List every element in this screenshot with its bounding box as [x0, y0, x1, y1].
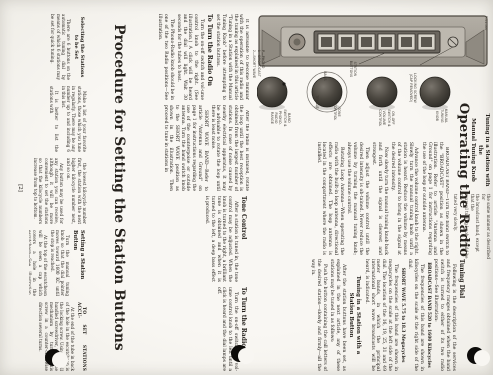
- band-spec-shortwave: SHORT WAVE 5.75 to 18.3 Megacycles: [399, 259, 405, 371]
- paragraph: the lowest kilocycle number first, the s…: [66, 158, 87, 224]
- paragraph: After the radio is installed, rotate the…: [209, 105, 249, 191]
- panel-drawing: F-41-500: [257, 8, 489, 120]
- procedure-section-heading: Procedure for Setting the Station Button…: [111, 16, 127, 359]
- heading-setting-station-button: Setting a Station Button: [72, 230, 85, 296]
- label-band-legend: P—PHONO 1—BROADCAST 2—SHORT WAVE: [252, 50, 265, 94]
- label-bass: BASS: [323, 66, 327, 86]
- middle-column-1: It is advisable to become familiar with …: [131, 14, 249, 100]
- page-title: Operating the Radio: [456, 98, 471, 262]
- bottom-column-1: Selecting the Stations to be Set There a…: [29, 14, 87, 80]
- radio-control-panel-diagram: F-41-500: [257, 8, 489, 120]
- section-subhead-manual-tuning: Tuning in a Station with the Manual Tuni…: [469, 108, 490, 192]
- band-knob-pointer: [282, 82, 285, 85]
- paragraph: After a station is tuned in, the tone co…: [204, 196, 238, 282]
- manual-page: F-41-500 MANUAL TUNING KNOB LOCKING SCRE…: [0, 0, 493, 375]
- label-onoff-volume: ON-OFF SWITCH & VOLUME CONTROL: [378, 103, 395, 133]
- binder-hole-mark: [467, 347, 484, 364]
- paragraph: It is better to list the stations with: [49, 86, 60, 152]
- binder-hole-mark: [231, 345, 248, 362]
- operating-column-a: BROADCAST BAND—Turn the band switch to t…: [253, 142, 449, 255]
- paragraph: At the top of the escutcheon will be see…: [29, 230, 48, 296]
- middle-column-2: After the radio is installed, rotate the…: [131, 105, 249, 191]
- paragraph: Following is the description of the serv…: [433, 259, 456, 371]
- page-number: [2]: [17, 168, 23, 208]
- paragraph: After the station buttons have been set,…: [328, 259, 345, 371]
- label-band-switch: BAND SWITCH & PHONO- RADIO RANGE: [269, 103, 291, 133]
- band-indicator-dot: [294, 39, 301, 46]
- paragraph: BROADCAST BAND—Turn the band switch to t…: [420, 142, 449, 255]
- paragraph: Then adjust the volume control until the…: [345, 142, 368, 255]
- panel-svg: F-41-500: [257, 8, 489, 120]
- paragraph: Any button may be used for any station y…: [33, 158, 65, 224]
- set-stations-accurately-line: TO SET STATIONS ACCU-: [77, 302, 88, 371]
- paragraph: Turn the on-off switch and vol-ume contr…: [175, 14, 204, 100]
- bottom-column-4: Setting a Station Button Turn the manual…: [29, 230, 87, 296]
- heading-turn-radio-on: To Turn the Radio On: [205, 14, 213, 100]
- band-spec-broadcast: BROADCAST BAND 520 to 1600 Kilocycles: [425, 259, 431, 371]
- middle-column-3: Tone Control After a station is tuned in…: [131, 196, 249, 282]
- heading-selecting-stations: Selecting the Stations to be Set: [73, 14, 85, 80]
- paragraph: Make a list of your favorite stations, t…: [61, 86, 87, 152]
- scanned-manual-screenshot: F-41-500 MANUAL TUNING KNOB LOCKING SCRE…: [0, 0, 493, 375]
- paragraph: Rotating Loop Antenna—When operating the…: [315, 142, 344, 255]
- heading-station-button-tuning: Tuning in a Station with a Station Butto…: [347, 259, 361, 371]
- paragraph: There are 6 buttons on the automatic tun…: [50, 14, 71, 80]
- operating-column-b: Tuning Dial Following is the description…: [253, 259, 467, 371]
- paragraph: Push the button containing the call lett…: [309, 259, 326, 371]
- paragraph: Now slowly turn the manual tuning knob b…: [370, 142, 387, 255]
- paragraph: It is advisable to become familiar with …: [215, 14, 249, 100]
- paragraph: The Phono-Radio knob should be in one of…: [157, 14, 174, 100]
- heading-tuning-dial: Tuning Dial: [457, 259, 465, 371]
- bottom-column-3: the lowest kilocycle number first, the s…: [29, 158, 87, 224]
- heading-tone-control: Tone Control: [239, 196, 247, 282]
- label-treble: TREBLE: [315, 90, 319, 114]
- paragraph: The frequencies of this band are shown i…: [363, 259, 398, 371]
- label-locking-screw: LOCKING SCREW (CAP REMOVED): [408, 64, 417, 112]
- paragraph: The frequencies of this band are shown i…: [407, 259, 424, 371]
- part-number: F-41-500: [484, 16, 488, 30]
- paragraph: Turn the manual tuning knob so that the …: [50, 230, 71, 296]
- label-station-buttons: STATION BUTTONS: [348, 54, 357, 84]
- binder-hole-mark: [45, 349, 62, 366]
- label-tone-control: TONE CONTROL: [332, 98, 341, 126]
- paragraph: Advance the volume control knob to the r…: [389, 142, 418, 255]
- label-manual-tuning-knob: MANUAL TUNING KNOB: [435, 103, 448, 129]
- paragraph: SHORT WAVE BAND—Refer to article "Antenn…: [162, 105, 208, 191]
- bottom-column-2: Make a list of your favorite stations, t…: [29, 86, 87, 152]
